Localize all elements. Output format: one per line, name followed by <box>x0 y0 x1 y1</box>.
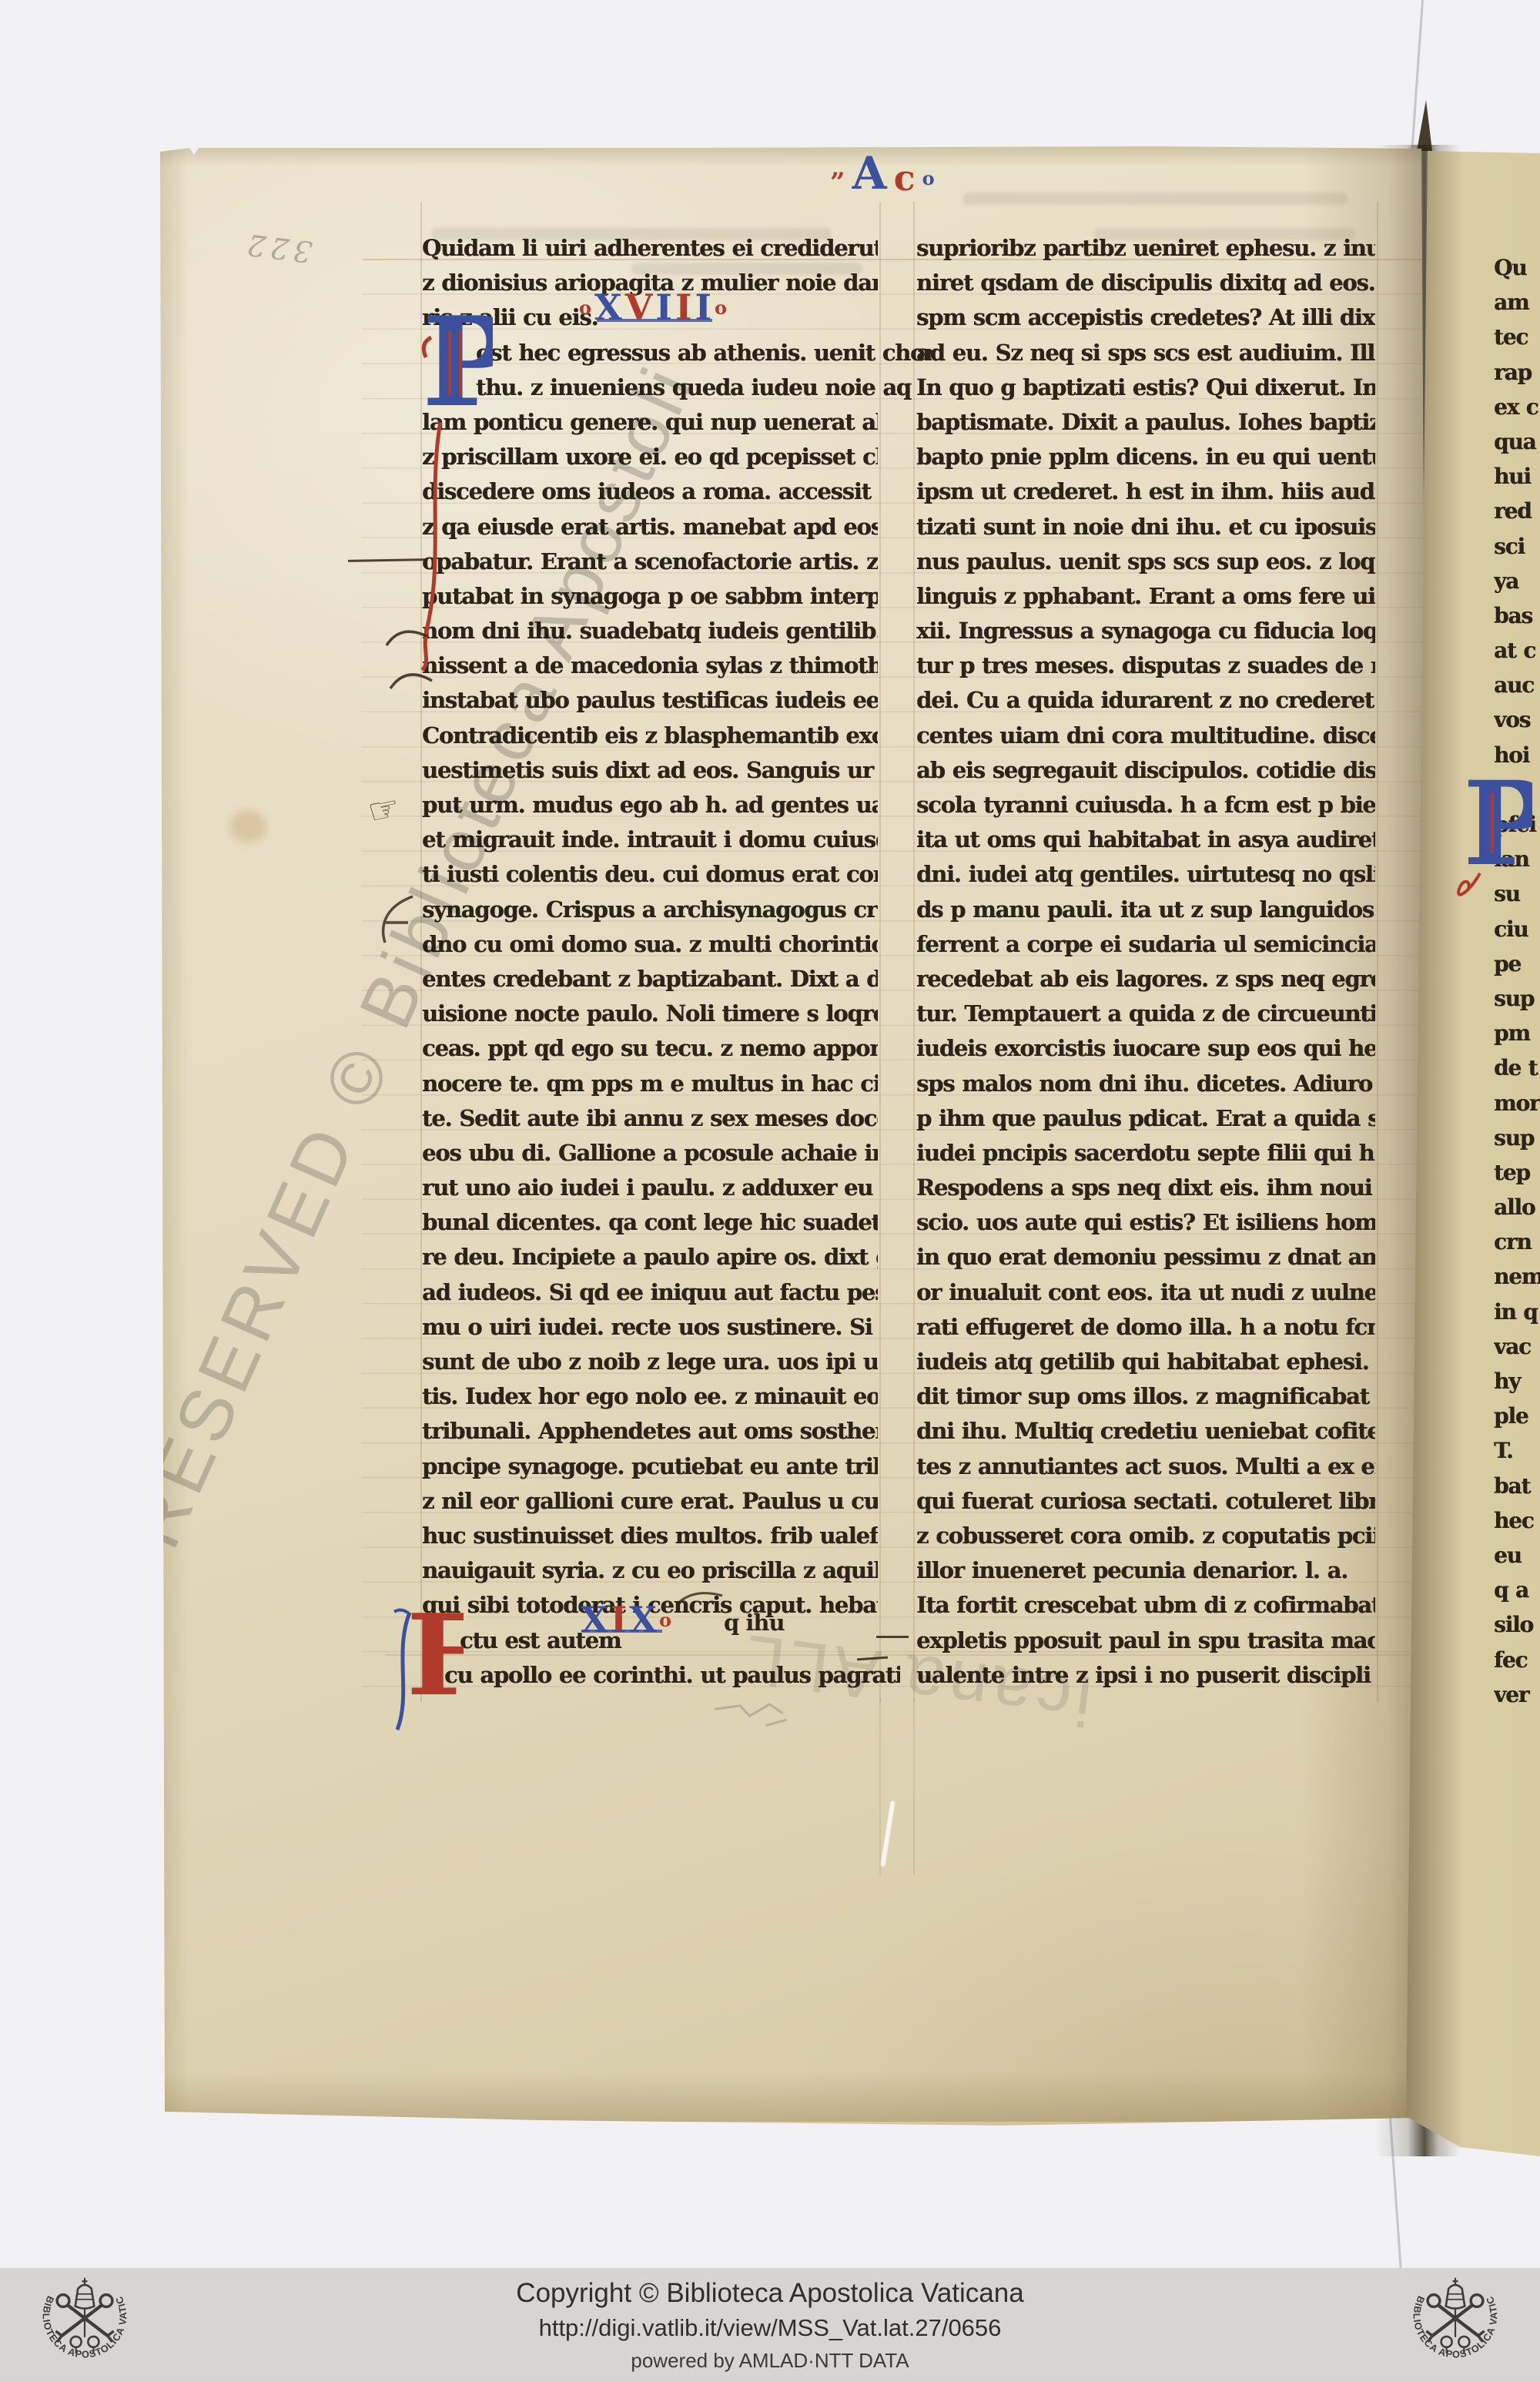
manuscript-text-line: in quo erat demoniu pessimu z dnat amb <box>916 1240 1375 1275</box>
manuscript-text-line: scio. uos aute qui estis? Et isiliens ho… <box>916 1205 1375 1240</box>
manuscript-text-line: ad eu. Sz neq si sps scs est audiuim. Il… <box>916 336 1375 370</box>
manuscript-text-line: at c <box>1494 633 1540 668</box>
manuscript-text-line: nocere te. qm pps m e multus in hac ciui… <box>422 1067 878 1101</box>
manuscript-text-line: ver <box>1494 1677 1540 1712</box>
manuscript-text-line: or inualuit cont eos. ita ut nudi z uuln… <box>916 1275 1375 1310</box>
manuscript-text-line: mor <box>1494 1086 1540 1121</box>
manuscript-text-line: pe <box>1494 946 1540 981</box>
manuscript-text-line: q a <box>1494 1573 1540 1607</box>
manuscript-text-line: bas <box>1494 598 1540 633</box>
manuscript-text-line: dni ihu. Multiq credetiu ueniebat cofite… <box>916 1414 1375 1449</box>
manuscript-text-line: eu <box>1494 1538 1540 1573</box>
manuscript-text-line: vos <box>1494 702 1540 737</box>
manuscript-text-line: hy <box>1494 1364 1540 1399</box>
colored-glyph: c <box>894 160 916 196</box>
manuscript-text-line: sps malos nom dni ihu. dicetes. Adiuro u… <box>916 1067 1375 1101</box>
manuscript-text-line: fec <box>1494 1643 1540 1677</box>
pencil-folio-number: 322 <box>241 227 314 270</box>
manuscript-text-line: nus paulus. uenit sps scs sup eos. z loq… <box>916 544 1375 579</box>
manuscript-text-line: rap <box>1494 355 1540 390</box>
column-rule <box>913 202 915 1702</box>
manuscript-text-line: Ita fortit crescebat ubm di z cofirmabat… <box>916 1588 1375 1623</box>
manuscript-text-line: z cobusseret cora omib. z coputatis pcii… <box>916 1519 1375 1553</box>
manuscript-text-line: iudei pncipis sacerdotu septe filii qui … <box>916 1136 1375 1171</box>
manuscript-text-line: baptismate. Dixit a paulus. Iohes baptiz… <box>916 405 1375 440</box>
manuscript-text-line: tribunali. Apphendetes aut oms sosthene <box>422 1414 878 1449</box>
copyright-line: Copyright © Biblioteca Apostolica Vatica… <box>142 2278 1398 2309</box>
surface-scratch <box>880 1801 895 1867</box>
manuscript-text-line: in q <box>1494 1295 1540 1329</box>
manuscript-text-line: tes z annutiantes act suos. Multi a ex e… <box>916 1449 1375 1484</box>
footer-text-block: Copyright © Biblioteca Apostolica Vatica… <box>142 2278 1398 2373</box>
manuscript-column-right: suprioribz partibz ueniret ephesu. z inu… <box>916 231 1375 1693</box>
vatican-library-emblem-icon <box>1398 2271 1512 2379</box>
manuscript-text-line: z nil eor gallioni cure erat. Paulus u c… <box>422 1484 878 1519</box>
colored-glyph: o <box>715 299 727 317</box>
manuscript-text-line: tis. Iudex hor ego nolo ee. z minauit eo… <box>422 1379 878 1414</box>
manuscript-text-line: de t <box>1494 1050 1540 1085</box>
manuscript-text-line: bapto pnie pplm dicens. in eu qui uentur… <box>916 440 1375 474</box>
manuscript-text-line: qui fuerat curiosa sectati. cotuleret li… <box>916 1484 1375 1519</box>
manuscript-text-line: ipsm ut crederet. h est in ihm. hiis aud… <box>916 474 1375 509</box>
manuscript-text-line: auc <box>1494 668 1540 702</box>
manuscript-text-line: dei. Cu a quida idurarent z no crederet.… <box>916 683 1375 718</box>
manuscript-text-line: spm scm accepistis credetes? At illi dix… <box>916 300 1375 335</box>
manuscript-text-line: nauigauit syria. z cu eo priscilla z aqu… <box>422 1553 878 1588</box>
manuscript-text-line: niret qsdam de discipulis dixitq ad eos.… <box>916 266 1375 300</box>
manuscript-text-line: qua <box>1494 424 1540 459</box>
manuscript-text-line: uisione nocte paulo. Noli timere s loqre… <box>422 997 878 1031</box>
manuscript-text-line: bunal dicentes. qa cont lege hic suadet … <box>422 1205 878 1240</box>
page-gap-wedge <box>1417 100 1432 151</box>
manuscript-text-line: T. <box>1494 1433 1540 1468</box>
next-folio-text-edge: Quamtecrapex cquahuiredsciyabasat caucvo… <box>1494 250 1540 1712</box>
foxing-stain <box>48 1338 148 1399</box>
manuscript-text-line: ad iudeos. Si qd ee iniquu aut factu pes… <box>422 1275 878 1310</box>
manuscript-text-line: dni. iudei atq gentiles. uirtutesq no qs… <box>916 857 1375 892</box>
manuscript-text-line: red <box>1494 494 1540 528</box>
manuscript-text-line: recedebat ab eis lagores. z sps neq egre… <box>916 962 1375 997</box>
colored-glyph: o <box>579 299 591 317</box>
svg-text:P: P <box>1463 772 1532 892</box>
colored-glyph: ” <box>830 169 845 196</box>
margin-flourish <box>385 621 430 653</box>
vatican-library-emblem-icon <box>28 2271 142 2379</box>
running-title-ac: ”Aco <box>830 151 935 196</box>
manuscript-text-line: sunt de ubo z noib z lege ura. uos ipi u… <box>422 1345 878 1379</box>
manuscript-text-line: dno cu omi domo sua. z multi chorintior … <box>422 927 878 962</box>
manuscript-text-line: ex c <box>1494 390 1540 424</box>
svg-text:P: P <box>422 307 493 434</box>
powered-by-line: powered by AMLAD·NTT DATA <box>142 2349 1398 2373</box>
manuscript-text-line: crn <box>1494 1225 1540 1259</box>
manuscript-text-line: scola tyranni cuiusda. h a fcm est p bie… <box>916 788 1375 822</box>
colored-glyph: A <box>852 151 887 196</box>
manuscript-text-line: synagoge. Crispus a archisynagogus credi… <box>422 893 878 927</box>
manuscript-text-line: illor inueneret pecunia denarior. l. a. <box>916 1553 1375 1588</box>
manuscript-text-line: Quidam li uiri adherentes ei crediderut.… <box>422 231 878 266</box>
column-rule <box>879 202 881 1702</box>
decorated-initial-p-next-folio: P <box>1452 772 1532 918</box>
manuscript-text-line: allo <box>1494 1190 1540 1225</box>
digitized-manuscript-scan: 322 ”Aco Quidam li uiri adherentes ei cr… <box>0 0 1540 2382</box>
manuscript-text-line: iudeis exorcistis iuocare sup eos qui he… <box>916 1031 1375 1066</box>
manuscript-text-line: silo <box>1494 1607 1540 1642</box>
manuscript-page: 322 ”Aco Quidam li uiri adherentes ei cr… <box>0 0 1540 2382</box>
manuscript-text-line: am <box>1494 285 1540 320</box>
foxing-stain <box>229 810 266 843</box>
manuscript-text-line: eos ubu di. Gallione a pcosule achaie in… <box>422 1136 878 1171</box>
svg-text:F: F <box>407 1603 464 1721</box>
manuscript-text-line: iudeis atq getilib qui habitabat ephesi.… <box>916 1345 1375 1379</box>
margin-flourish <box>389 662 435 696</box>
manuscript-text-line: te. Sedit aute ibi annu z sex meses doce… <box>422 1101 878 1136</box>
manuscript-text-line: ya <box>1494 564 1540 598</box>
manuscript-text-line: xii. Ingressus a synagoga cu fiducia loq… <box>916 614 1375 648</box>
manuscript-text-line: suprioribz partibz ueniret ephesu. z inu… <box>916 231 1375 266</box>
manuscript-text-line: tizati sunt in noie dni ihu. et cu iposu… <box>916 510 1375 544</box>
manuscript-text-line: tep <box>1494 1155 1540 1190</box>
manuscript-text-line: pm <box>1494 1016 1540 1050</box>
manuscript-text-line: ds p manu pauli. ita ut z sup languidos … <box>916 893 1375 927</box>
column-rule <box>1377 202 1378 1702</box>
manuscript-text-line: hui <box>1494 459 1540 494</box>
manuscript-text-line: sup <box>1494 1121 1540 1155</box>
manuscript-text-line: mu o uiri iudei. recte uos sustinere. Si… <box>422 1310 878 1345</box>
margin-flourish <box>676 1586 725 1608</box>
manuscript-text-line: nem <box>1494 1259 1540 1294</box>
manuscript-text-line: hoi <box>1494 738 1540 772</box>
manuscript-text-line: centes uiam dni cora multitudine. disced… <box>916 719 1375 753</box>
manuscript-text-line: sci <box>1494 529 1540 564</box>
ink-dot <box>92 273 98 279</box>
manuscript-text-line: In quo g baptizati estis? Qui dixerut. I… <box>916 370 1375 405</box>
manuscript-text-line: entes credebant z baptizabant. Dixt a dn… <box>422 962 878 997</box>
footer-bar: BIBLIOTECA APOSTOLICA VATICANA Copyright… <box>0 2268 1540 2382</box>
manuscript-text-line: p ihm que paulus pdicat. Erat a quida sc… <box>916 1101 1375 1136</box>
manuscript-text-line: Qu <box>1494 250 1540 285</box>
manuscript-text-line: ple <box>1494 1399 1540 1433</box>
manuscript-text-line: ferrent a corpe ei sudaria ul semicincia… <box>916 927 1375 962</box>
manuscript-text-line: ita ut oms qui habitabat in asya audiret… <box>916 822 1375 857</box>
manuscript-text-line: bat <box>1494 1469 1540 1503</box>
manuscript-text-line: pncipe synagoge. pcutiebat eu ante tribu… <box>422 1449 878 1484</box>
manuscript-text-line: tur p tres meses. disputas z suades de r… <box>916 648 1375 683</box>
manuscript-text-line: vac <box>1494 1329 1540 1364</box>
source-url: http://digi.vatlib.it/view/MSS_Vat.lat.2… <box>142 2314 1398 2342</box>
manuscript-text-line: Respodens a sps neq dixt eis. ihm noui z… <box>916 1171 1375 1205</box>
manuscript-text-line: re deu. Incipiete a paulo apire os. dixt… <box>422 1240 878 1275</box>
manuscript-text-line: ab eis segregauit discipulos. cotidie di… <box>916 753 1375 788</box>
colored-glyph: o <box>659 1611 671 1630</box>
manuscript-text-line: rut uno aio iudei i paulu. z adduxer eu … <box>422 1171 878 1205</box>
manuscript-text-line: hec <box>1494 1503 1540 1538</box>
manuscript-text-line: tec <box>1494 320 1540 354</box>
decorated-initial-f: F <box>393 1603 464 1738</box>
manuscript-text-line: sup <box>1494 981 1540 1016</box>
manuscript-text-line: ceas. ppt qd ego su tecu. z nemo apponet… <box>422 1031 878 1066</box>
manuscript-text-line: dit timor sup oms illos. z magnificabat … <box>916 1379 1375 1414</box>
foxing-stain <box>74 1388 148 1436</box>
manuscript-text-line: tur. Temptauert a quida z de circueuntib <box>916 997 1375 1031</box>
manuscript-text-line: linguis z pphabant. Erant a oms fere uir… <box>916 579 1375 614</box>
manuscript-text-line: rati effugeret de domo illa. h a notu fc… <box>916 1310 1375 1345</box>
manuscript-text-line: huc sustinuisset dies multos. frib ualef… <box>422 1519 878 1553</box>
colored-glyph: o <box>922 169 935 188</box>
